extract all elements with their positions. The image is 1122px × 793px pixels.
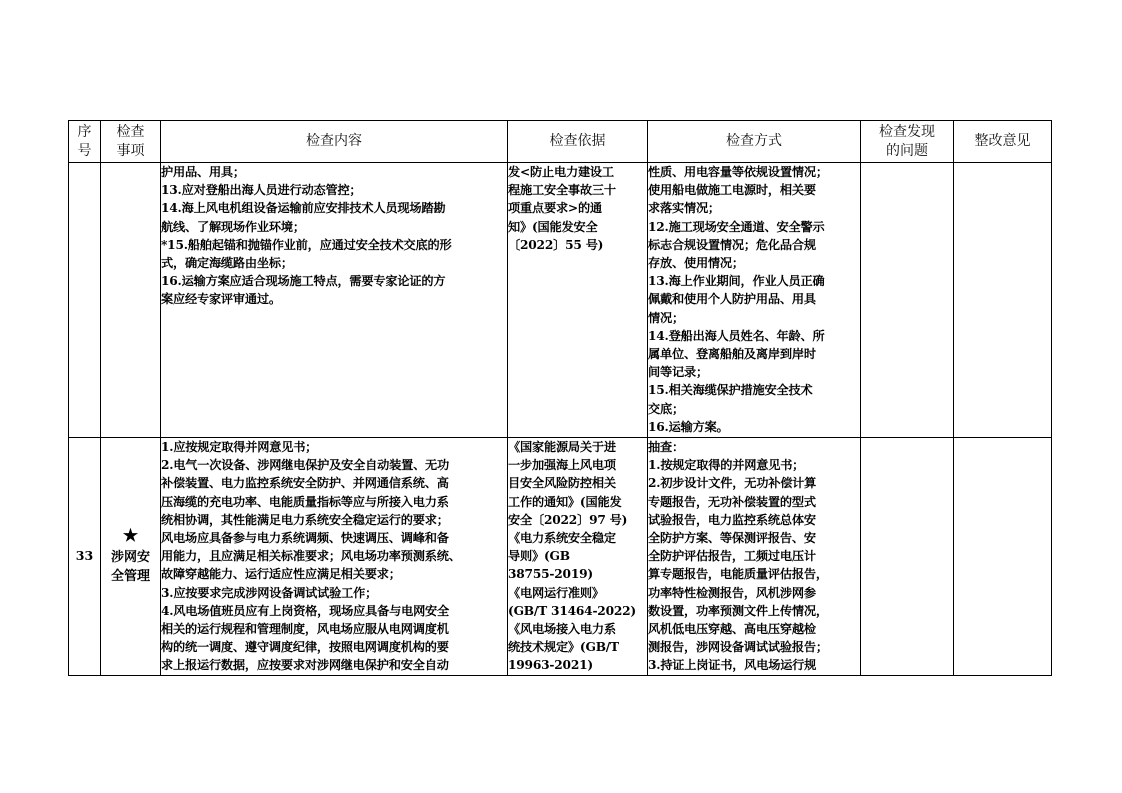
basis-line: 发<防止电力建设工 xyxy=(508,163,647,181)
table-row: 33 ★ 涉网安 全管理 1.应按规定取得并网意见书； 2.电气一次设备、涉网继… xyxy=(69,438,1052,676)
content-line: 构的统一调度、遵守调度纪律，按照电网调度机构的要 xyxy=(161,638,507,656)
basis-line: 《国家能源局关于进 xyxy=(508,438,647,456)
item-name-line2: 全管理 xyxy=(101,567,160,586)
table-row: 护用品、用具； 13.应对登船出海人员进行动态管控； 14.海上风电机组设备运输… xyxy=(69,163,1052,438)
content-line: 统相协调，其性能满足电力系统安全稳定运行的要求； xyxy=(161,511,507,529)
header-findings-line2: 的问题 xyxy=(861,142,953,161)
basis-line: 目安全风险防控相关 xyxy=(508,474,647,492)
method-line: 专题报告，无功补偿装置的型式 xyxy=(648,493,860,511)
content-line: 3.应按要求完成涉网设备调试试验工作； xyxy=(161,584,507,602)
cell-content: 护用品、用具； 13.应对登船出海人员进行动态管控； 14.海上风电机组设备运输… xyxy=(161,163,508,438)
header-basis: 检查依据 xyxy=(508,121,648,163)
star-icon: ★ xyxy=(101,526,160,546)
cell-rectification[interactable] xyxy=(954,163,1052,438)
document-page: 序 号 检查 事项 检查内容 检查依据 检查方式 检查发现 的问题 整改意见 xyxy=(0,0,1122,793)
content-line: 航线、了解现场作业环境； xyxy=(161,218,507,236)
method-line: 间等记录； xyxy=(648,363,860,381)
method-line: 存放、使用情况； xyxy=(648,254,860,272)
content-line: 13.应对登船出海人员进行动态管控； xyxy=(161,181,507,199)
method-line: 1.按规定取得的并网意见书； xyxy=(648,456,860,474)
content-line: 补偿装置、电力监控系统安全防护、并网通信系统、高 xyxy=(161,474,507,492)
basis-line: 《电力系统安全稳定 xyxy=(508,529,647,547)
basis-line: 38755-2019) xyxy=(508,565,647,583)
method-line: 标志合规设置情况；危化品合规 xyxy=(648,236,860,254)
method-line: 情况； xyxy=(648,309,860,327)
cell-method: 性质、用电容量等依规设置情况； 使用船电做施工电源时，相关要 求落实情况； 12… xyxy=(648,163,861,438)
method-line: 2.初步设计文件，无功补偿计算 xyxy=(648,474,860,492)
header-row: 序 号 检查 事项 检查内容 检查依据 检查方式 检查发现 的问题 整改意见 xyxy=(69,121,1052,163)
method-line: 数设置，功率预测文件上传情况， xyxy=(648,602,860,620)
inspection-table: 序 号 检查 事项 检查内容 检查依据 检查方式 检查发现 的问题 整改意见 xyxy=(68,120,1052,676)
cell-findings[interactable] xyxy=(861,163,954,438)
content-line: 用能力，且应满足相关标准要求；风电场功率预测系统、 xyxy=(161,547,507,565)
content-line: 式，确定海缆路由坐标； xyxy=(161,254,507,272)
cell-seq: 33 xyxy=(69,438,101,676)
method-line: 12.施工现场安全通道、安全警示 xyxy=(648,218,860,236)
content-line: 2.电气一次设备、涉网继电保护及安全自动装置、无功 xyxy=(161,456,507,474)
method-line: 试验报告，电力监控系统总体安 xyxy=(648,511,860,529)
content-line: 1.应按规定取得并网意见书； xyxy=(161,438,507,456)
content-line: 故障穿越能力、运行适应性应满足相关要求； xyxy=(161,565,507,583)
item-name-line1: 涉网安 xyxy=(101,548,160,567)
basis-line: 〔2022〕55 号) xyxy=(508,236,647,254)
cell-seq xyxy=(69,163,101,438)
cell-item: ★ 涉网安 全管理 xyxy=(101,438,161,676)
header-findings: 检查发现 的问题 xyxy=(861,121,954,163)
method-line: 15.相关海缆保护措施安全技术 xyxy=(648,381,860,399)
row-number: 33 xyxy=(76,548,93,563)
header-item-line1: 检查 xyxy=(101,123,160,142)
basis-line: (GB/T 31464-2022) xyxy=(508,602,647,620)
header-item-line2: 事项 xyxy=(101,142,160,161)
method-line: 算专题报告，电能质量评估报告， xyxy=(648,565,860,583)
method-line: 求落实情况； xyxy=(648,199,860,217)
cell-basis: 发<防止电力建设工 程施工安全事故三十 项重点要求>的通 知》(国能发安全 〔2… xyxy=(508,163,648,438)
basis-line: 安全〔2022〕97 号) xyxy=(508,511,647,529)
method-line: 测报告，涉网设备调试试验报告； xyxy=(648,638,860,656)
header-findings-line1: 检查发现 xyxy=(861,123,953,142)
basis-line: 工作的通知》(国能发 xyxy=(508,493,647,511)
method-line: 性质、用电容量等依规设置情况； xyxy=(648,163,860,181)
method-line: 13.海上作业期间，作业人员正确 xyxy=(648,272,860,290)
basis-line: 《电网运行准则》 xyxy=(508,584,647,602)
basis-line: 导则》(GB xyxy=(508,547,647,565)
content-line: 相关的运行规程和管理制度，风电场应服从电网调度机 xyxy=(161,620,507,638)
content-line: *15.船舶起锚和抛锚作业前，应通过安全技术交底的形 xyxy=(161,236,507,254)
method-line: 全防护方案、等保测评报告、安 xyxy=(648,529,860,547)
method-line: 属单位、登离船舶及离岸到岸时 xyxy=(648,345,860,363)
method-line: 16.运输方案。 xyxy=(648,418,860,436)
header-method: 检查方式 xyxy=(648,121,861,163)
header-seq: 序 号 xyxy=(69,121,101,163)
basis-line: 统技术规定》(GB/T xyxy=(508,638,647,656)
header-seq-line1: 序 xyxy=(69,123,100,142)
cell-content: 1.应按规定取得并网意见书； 2.电气一次设备、涉网继电保护及安全自动装置、无功… xyxy=(161,438,508,676)
content-line: 风电场应具备参与电力系统调频、快速调压、调峰和备 xyxy=(161,529,507,547)
method-line: 交底； xyxy=(648,400,860,418)
content-line: 14.海上风电机组设备运输前应安排技术人员现场踏勘 xyxy=(161,199,507,217)
method-line: 佩戴和使用个人防护用品、用具 xyxy=(648,290,860,308)
content-line: 压海缆的充电功率、电能质量指标等应与所接入电力系 xyxy=(161,493,507,511)
basis-line: 一步加强海上风电项 xyxy=(508,456,647,474)
method-line: 全防护评估报告，工频过电压计 xyxy=(648,547,860,565)
content-line: 求上报运行数据，应按要求对涉网继电保护和安全自动 xyxy=(161,656,507,674)
method-line: 3.持证上岗证书，风电场运行规 xyxy=(648,656,860,674)
cell-findings[interactable] xyxy=(861,438,954,676)
cell-basis: 《国家能源局关于进 一步加强海上风电项 目安全风险防控相关 工作的通知》(国能发… xyxy=(508,438,648,676)
header-content: 检查内容 xyxy=(161,121,508,163)
content-line: 护用品、用具； xyxy=(161,163,507,181)
header-rectification: 整改意见 xyxy=(954,121,1052,163)
cell-item xyxy=(101,163,161,438)
basis-line: 程施工安全事故三十 xyxy=(508,181,647,199)
content-line: 16.运输方案应适合现场施工特点，需要专家论证的方 xyxy=(161,272,507,290)
basis-line: 《风电场接入电力系 xyxy=(508,620,647,638)
basis-line: 19963-2021) xyxy=(508,656,647,674)
cell-rectification[interactable] xyxy=(954,438,1052,676)
content-line: 案应经专家评审通过。 xyxy=(161,290,507,308)
content-line: 4.风电场值班员应有上岗资格，现场应具备与电网安全 xyxy=(161,602,507,620)
method-line: 使用船电做施工电源时，相关要 xyxy=(648,181,860,199)
cell-method: 抽查： 1.按规定取得的并网意见书； 2.初步设计文件，无功补偿计算 专题报告，… xyxy=(648,438,861,676)
header-item: 检查 事项 xyxy=(101,121,161,163)
method-line: 功率特性检测报告，风机涉网参 xyxy=(648,584,860,602)
basis-line: 知》(国能发安全 xyxy=(508,218,647,236)
method-line: 14.登船出海人员姓名、年龄、所 xyxy=(648,327,860,345)
method-line: 抽查： xyxy=(648,438,860,456)
method-line: 风机低电压穿越、高电压穿越检 xyxy=(648,620,860,638)
basis-line: 项重点要求>的通 xyxy=(508,199,647,217)
header-seq-line2: 号 xyxy=(69,142,100,161)
